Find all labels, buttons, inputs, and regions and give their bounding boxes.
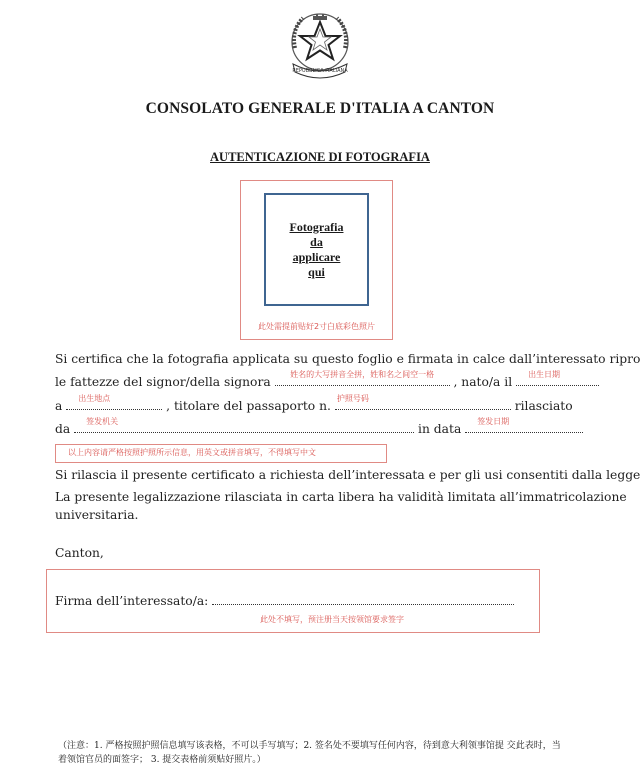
paragraph-issuance: Si rilascia il presente certificato a ri… (55, 468, 640, 482)
photo-placeholder[interactable]: Fotografia da applicare qui (264, 193, 369, 306)
birth-date-hint: 出生日期 (528, 369, 599, 380)
passport-number-hint: 护照号码 (337, 393, 511, 404)
birth-place-field[interactable]: 出生地点 (66, 399, 162, 410)
certification-line-4: da 签发机关 in data 签发日期 (55, 422, 583, 436)
issuing-authority-hint: 签发机关 (86, 416, 414, 427)
svg-text:REPUBBLICA ITALIANA: REPUBBLICA ITALIANA (292, 68, 348, 74)
issuing-authority-field[interactable]: 签发机关 (74, 422, 414, 433)
issue-date-field[interactable]: 签发日期 (465, 422, 583, 433)
document-subtitle: AUTENTICAZIONE DI FOTOGRAFIA (0, 150, 640, 165)
photo-note: 此处需提前贴好2寸白底彩色照片 (240, 321, 393, 332)
instruction-warning: 以上内容请严格按照护照所示信息，用英文或拼音填写，不得填写中文 (55, 444, 387, 463)
signature-line: Firma dell’interessato/a: (55, 594, 514, 608)
birth-place-hint: 出生地点 (78, 393, 162, 404)
paragraph-validity-line-1: La presente legalizzazione rilasciata in… (55, 490, 627, 504)
paragraph-validity-line-2: universitaria. (55, 508, 138, 522)
place-label: Canton, (55, 546, 104, 560)
photo-placeholder-text: Fotografia da applicare qui (290, 220, 344, 280)
italian-republic-emblem-icon: REPUBBLICA ITALIANA (285, 8, 355, 80)
signature-note: 此处不填写，预注册当天按领馆要求签字 (260, 614, 404, 625)
document-title: CONSOLATO GENERALE D'ITALIA A CANTON (0, 100, 640, 118)
signature-field[interactable] (212, 594, 514, 605)
certification-line-3: a 出生地点 , titolare del passaporto n. 护照号码… (55, 399, 573, 413)
certification-line-1: Si certifica che la fotografia applicata… (55, 352, 640, 366)
name-hint: 姓名的大写拼音全拼，姓和名之间空一格 (275, 369, 450, 380)
birth-date-field[interactable]: 出生日期 (516, 375, 599, 386)
name-field[interactable]: 姓名的大写拼音全拼，姓和名之间空一格 (275, 375, 450, 386)
certification-line-2: le fattezze del signor/della signora 姓名的… (55, 375, 599, 389)
issue-date-hint: 签发日期 (477, 416, 583, 427)
passport-number-field[interactable]: 护照号码 (335, 399, 511, 410)
footnote: （注意：1. 严格按照护照信息填写该表格，不可以手写填写；2. 签名处不要填写任… (58, 739, 606, 767)
